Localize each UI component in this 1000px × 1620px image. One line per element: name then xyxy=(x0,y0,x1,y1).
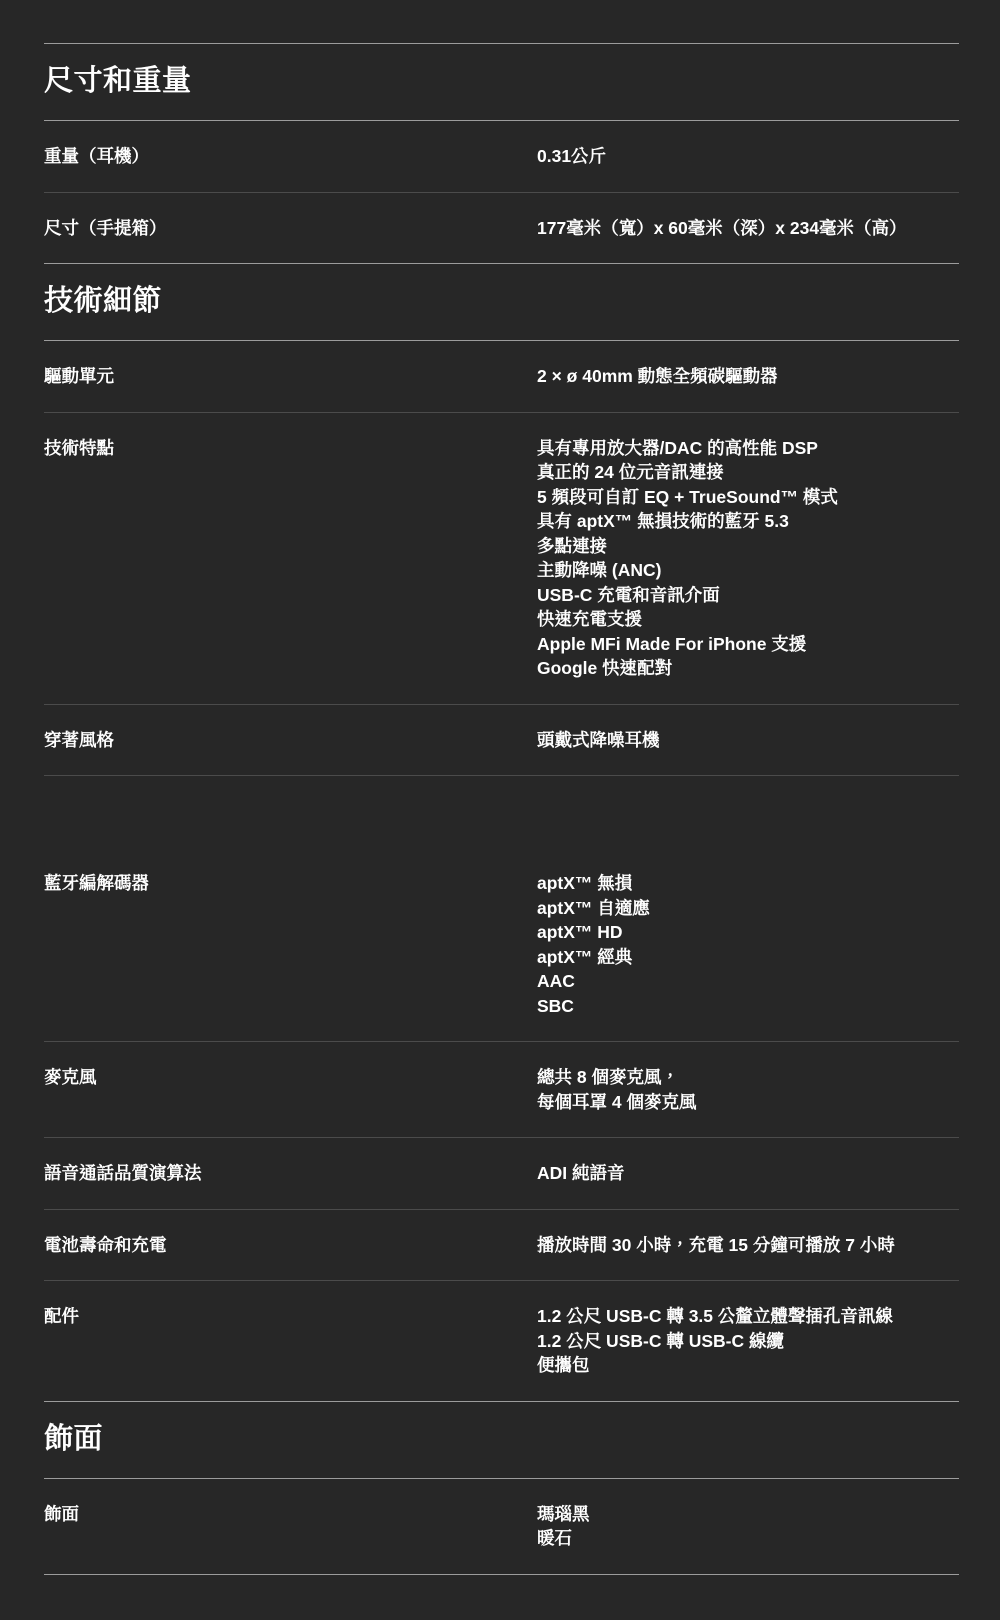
spec-value-line: AAC xyxy=(537,969,959,994)
spec-row: 飾面瑪瑙黑暖石 xyxy=(44,1479,959,1574)
spec-row: 語音通話品質演算法ADI 純語音 xyxy=(44,1138,959,1209)
spec-value-line: 177毫米（寬）x 60毫米（深）x 234毫米（高） xyxy=(537,216,959,241)
spec-row: 電池壽命和充電播放時間 30 小時，充電 15 分鐘可播放 7 小時 xyxy=(44,1210,959,1281)
spec-value: 頭戴式降噪耳機 xyxy=(537,728,959,753)
spec-value: 0.31公斤 xyxy=(537,144,959,169)
spec-label: 飾面 xyxy=(44,1502,537,1527)
spec-label: 驅動單元 xyxy=(44,364,537,389)
bottom-spacer xyxy=(0,1575,1000,1620)
spec-value-line: Apple MFi Made For iPhone 支援 xyxy=(537,632,959,657)
spec-value-line: 5 頻段可自訂 EQ + TrueSound™ 模式 xyxy=(537,485,959,510)
spec-row: 尺寸（手提箱）177毫米（寬）x 60毫米（深）x 234毫米（高） xyxy=(44,193,959,264)
spec-value-line: 1.2 公尺 USB-C 轉 3.5 公釐立體聲插孔音訊線 xyxy=(537,1304,959,1329)
spec-value-line: 真正的 24 位元音訊連接 xyxy=(537,460,959,485)
spec-table: 尺寸和重量重量（耳機）0.31公斤尺寸（手提箱）177毫米（寬）x 60毫米（深… xyxy=(0,43,1000,1575)
spec-value-line: 0.31公斤 xyxy=(537,144,959,169)
spec-value-line: 主動降噪 (ANC) xyxy=(537,558,959,583)
spec-value: 177毫米（寬）x 60毫米（深）x 234毫米（高） xyxy=(537,216,959,241)
section-title: 飾面 xyxy=(44,1402,959,1478)
spec-value-line: 播放時間 30 小時，充電 15 分鐘可播放 7 小時 xyxy=(537,1233,959,1258)
spec-value: 總共 8 個麥克風，每個耳罩 4 個麥克風 xyxy=(537,1065,959,1114)
row-gap-spacer xyxy=(44,776,959,848)
spec-value-line: 具有 aptX™ 無損技術的藍牙 5.3 xyxy=(537,509,959,534)
spec-label: 麥克風 xyxy=(44,1065,537,1090)
spec-value-line: 快速充電支援 xyxy=(537,607,959,632)
spec-value-line: Google 快速配對 xyxy=(537,656,959,681)
spec-row: 麥克風總共 8 個麥克風，每個耳罩 4 個麥克風 xyxy=(44,1042,959,1137)
spec-value: aptX™ 無損aptX™ 自適應aptX™ HDaptX™ 經典AACSBC xyxy=(537,871,959,1018)
spec-value: 瑪瑙黑暖石 xyxy=(537,1502,959,1551)
spec-label: 語音通話品質演算法 xyxy=(44,1161,537,1186)
spec-value-line: 頭戴式降噪耳機 xyxy=(537,728,959,753)
spec-value-line: 暖石 xyxy=(537,1526,959,1551)
spec-label: 配件 xyxy=(44,1304,537,1329)
spec-row: 驅動單元2 × ø 40mm 動態全頻碳驅動器 xyxy=(44,341,959,412)
spec-row: 重量（耳機）0.31公斤 xyxy=(44,121,959,192)
spec-value-line: 總共 8 個麥克風， xyxy=(537,1065,959,1090)
spec-value: 播放時間 30 小時，充電 15 分鐘可播放 7 小時 xyxy=(537,1233,959,1258)
spec-value-line: 2 × ø 40mm 動態全頻碳驅動器 xyxy=(537,364,959,389)
spec-value-line: 便攜包 xyxy=(537,1353,959,1378)
spec-row: 穿著風格頭戴式降噪耳機 xyxy=(44,705,959,776)
spec-value-line: aptX™ 自適應 xyxy=(537,896,959,921)
spec-label: 尺寸（手提箱） xyxy=(44,216,537,241)
spec-value-line: 每個耳罩 4 個麥克風 xyxy=(537,1090,959,1115)
spec-value: 2 × ø 40mm 動態全頻碳驅動器 xyxy=(537,364,959,389)
spec-value-line: aptX™ 無損 xyxy=(537,871,959,896)
spec-label: 重量（耳機） xyxy=(44,144,537,169)
spec-value-line: USB-C 充電和音訊介面 xyxy=(537,583,959,608)
spec-row: 技術特點具有專用放大器/DAC 的高性能 DSP真正的 24 位元音訊連接5 頻… xyxy=(44,413,959,704)
spec-value: 1.2 公尺 USB-C 轉 3.5 公釐立體聲插孔音訊線1.2 公尺 USB-… xyxy=(537,1304,959,1378)
spec-label: 電池壽命和充電 xyxy=(44,1233,537,1258)
spec-value-line: 1.2 公尺 USB-C 轉 USB-C 線纜 xyxy=(537,1329,959,1354)
spec-value-line: aptX™ 經典 xyxy=(537,945,959,970)
section-title: 技術細節 xyxy=(44,264,959,340)
spec-value-line: SBC xyxy=(537,994,959,1019)
spec-row: 配件1.2 公尺 USB-C 轉 3.5 公釐立體聲插孔音訊線1.2 公尺 US… xyxy=(44,1281,959,1401)
spec-value-line: 瑪瑙黑 xyxy=(537,1502,959,1527)
spec-value-line: aptX™ HD xyxy=(537,920,959,945)
spec-value: 具有專用放大器/DAC 的高性能 DSP真正的 24 位元音訊連接5 頻段可自訂… xyxy=(537,436,959,681)
spec-value-line: 具有專用放大器/DAC 的高性能 DSP xyxy=(537,436,959,461)
spec-value-line: 多點連接 xyxy=(537,534,959,559)
spec-label: 技術特點 xyxy=(44,436,537,461)
top-spacer xyxy=(0,0,1000,43)
spec-row: 藍牙編解碼器aptX™ 無損aptX™ 自適應aptX™ HDaptX™ 經典A… xyxy=(44,848,959,1041)
section-title: 尺寸和重量 xyxy=(44,44,959,120)
spec-label: 藍牙編解碼器 xyxy=(44,871,537,896)
spec-value-line: ADI 純語音 xyxy=(537,1161,959,1186)
spec-label: 穿著風格 xyxy=(44,728,537,753)
spec-value: ADI 純語音 xyxy=(537,1161,959,1186)
